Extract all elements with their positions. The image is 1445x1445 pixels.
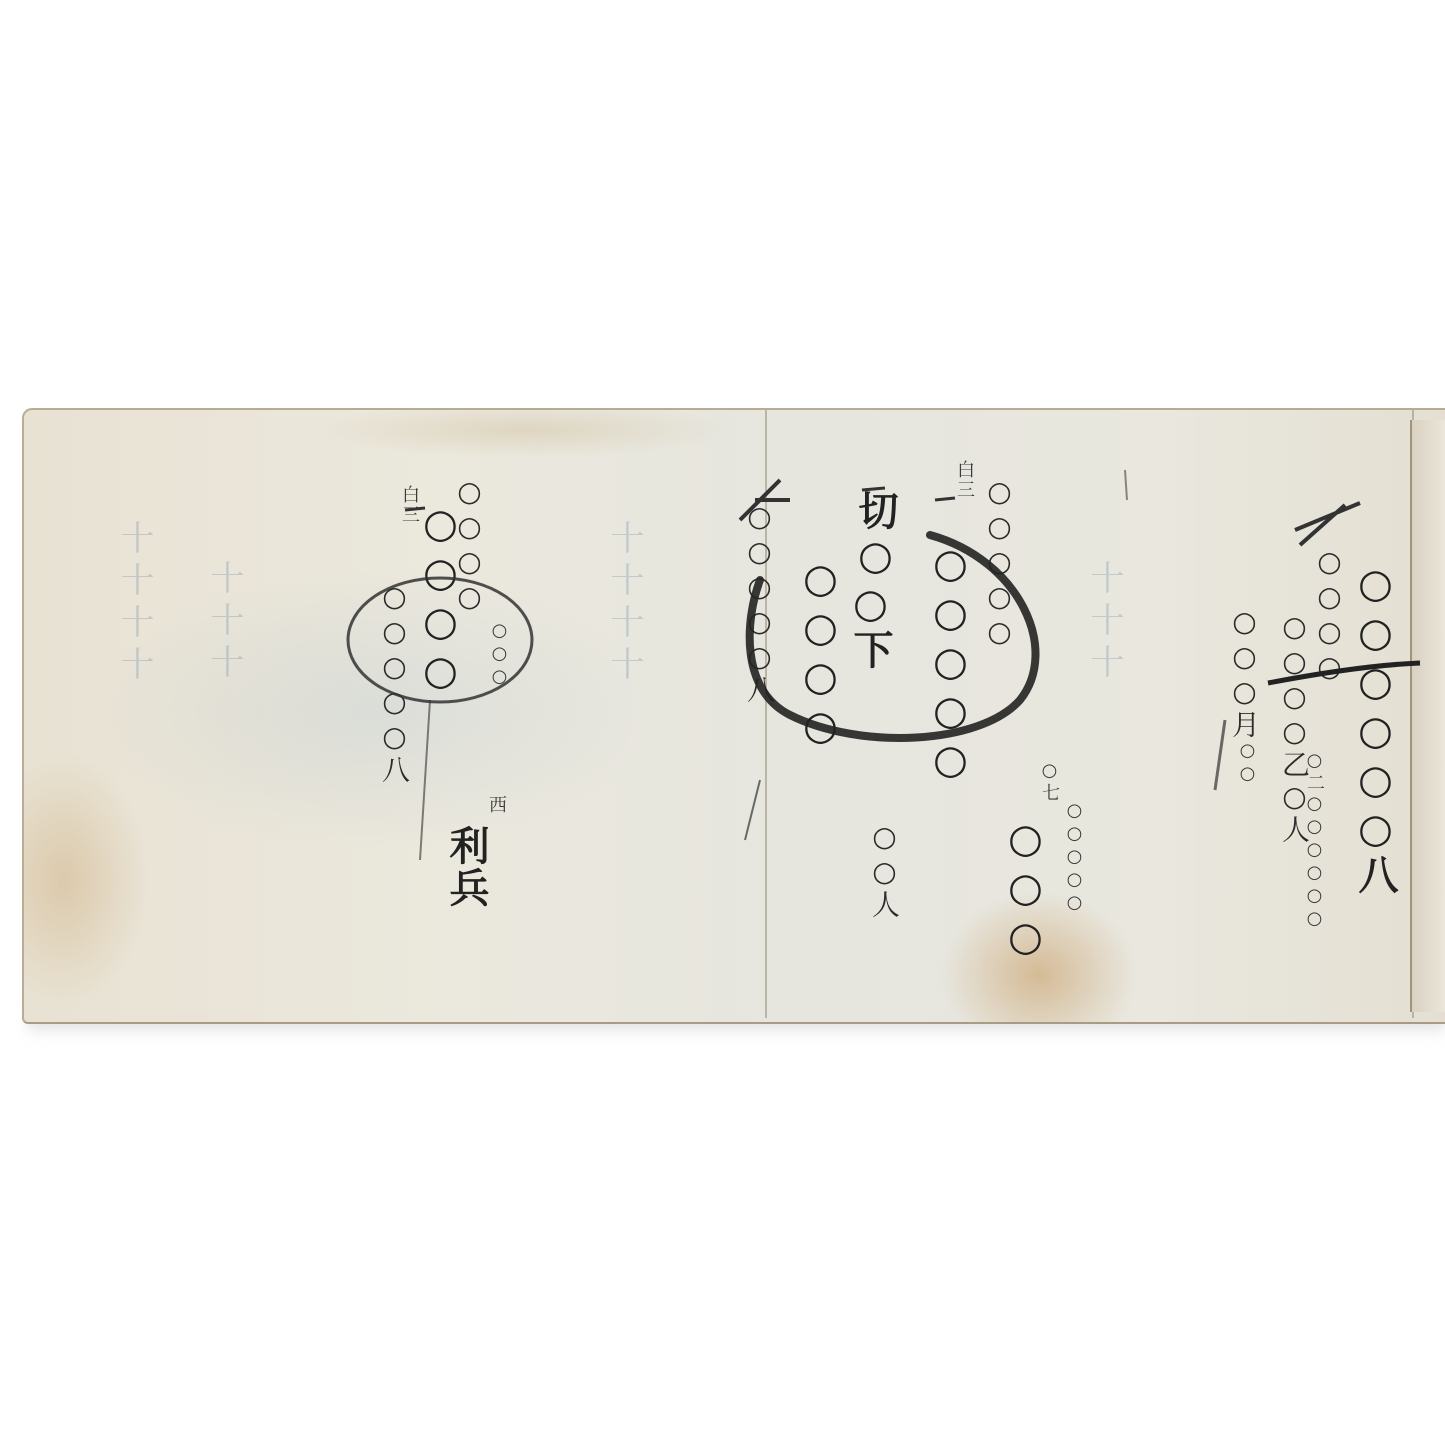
bleed-through-text: 十十十 [200,560,249,686]
next-page-edge [1410,420,1445,1012]
signature-note: 西 [487,795,505,815]
footer-text: ○○○○○ [1065,800,1083,915]
entry-line: ○○○○ [420,500,460,696]
entry-line: ○○○○ [800,555,840,751]
entry-line: ○○○○○ [985,475,1013,650]
entry-line: ○○○○○八 [745,500,773,705]
entry-line: ○○○○○ [930,540,970,785]
bleed-through-text: 十十十十 [110,520,159,688]
entry-line: ○○ [1238,740,1256,786]
bleed-through-text: 十十十 [1080,560,1129,686]
footer-text: ○七 [1040,760,1058,803]
signature: 利兵 [446,825,486,909]
entry-line: 切○ [855,490,895,581]
footer-text: ○○○ [1005,815,1045,962]
footer-text: ○○人 [870,820,898,920]
entry-note: 白三 [400,485,418,525]
entry-line: ○○○○○八 [380,580,408,785]
entry-line: ○下 [850,580,890,671]
entry-line: ○○○月 [1230,605,1258,740]
entry-line: ○○○○ [1315,545,1343,685]
entry-note: 白三 [955,460,973,500]
entry-note: ○二○○○○○○ [1305,750,1323,931]
bleed-through-text: 十十十十 [600,520,649,688]
entry-note: ○○○ [490,620,508,689]
document-photo: 十十十十 十十十 十十十十 十十十 ○○○○ ○○○○ ○○○○○八 白三 ○○… [0,0,1445,1445]
entry-line: ○○○○○○八 [1355,560,1395,896]
